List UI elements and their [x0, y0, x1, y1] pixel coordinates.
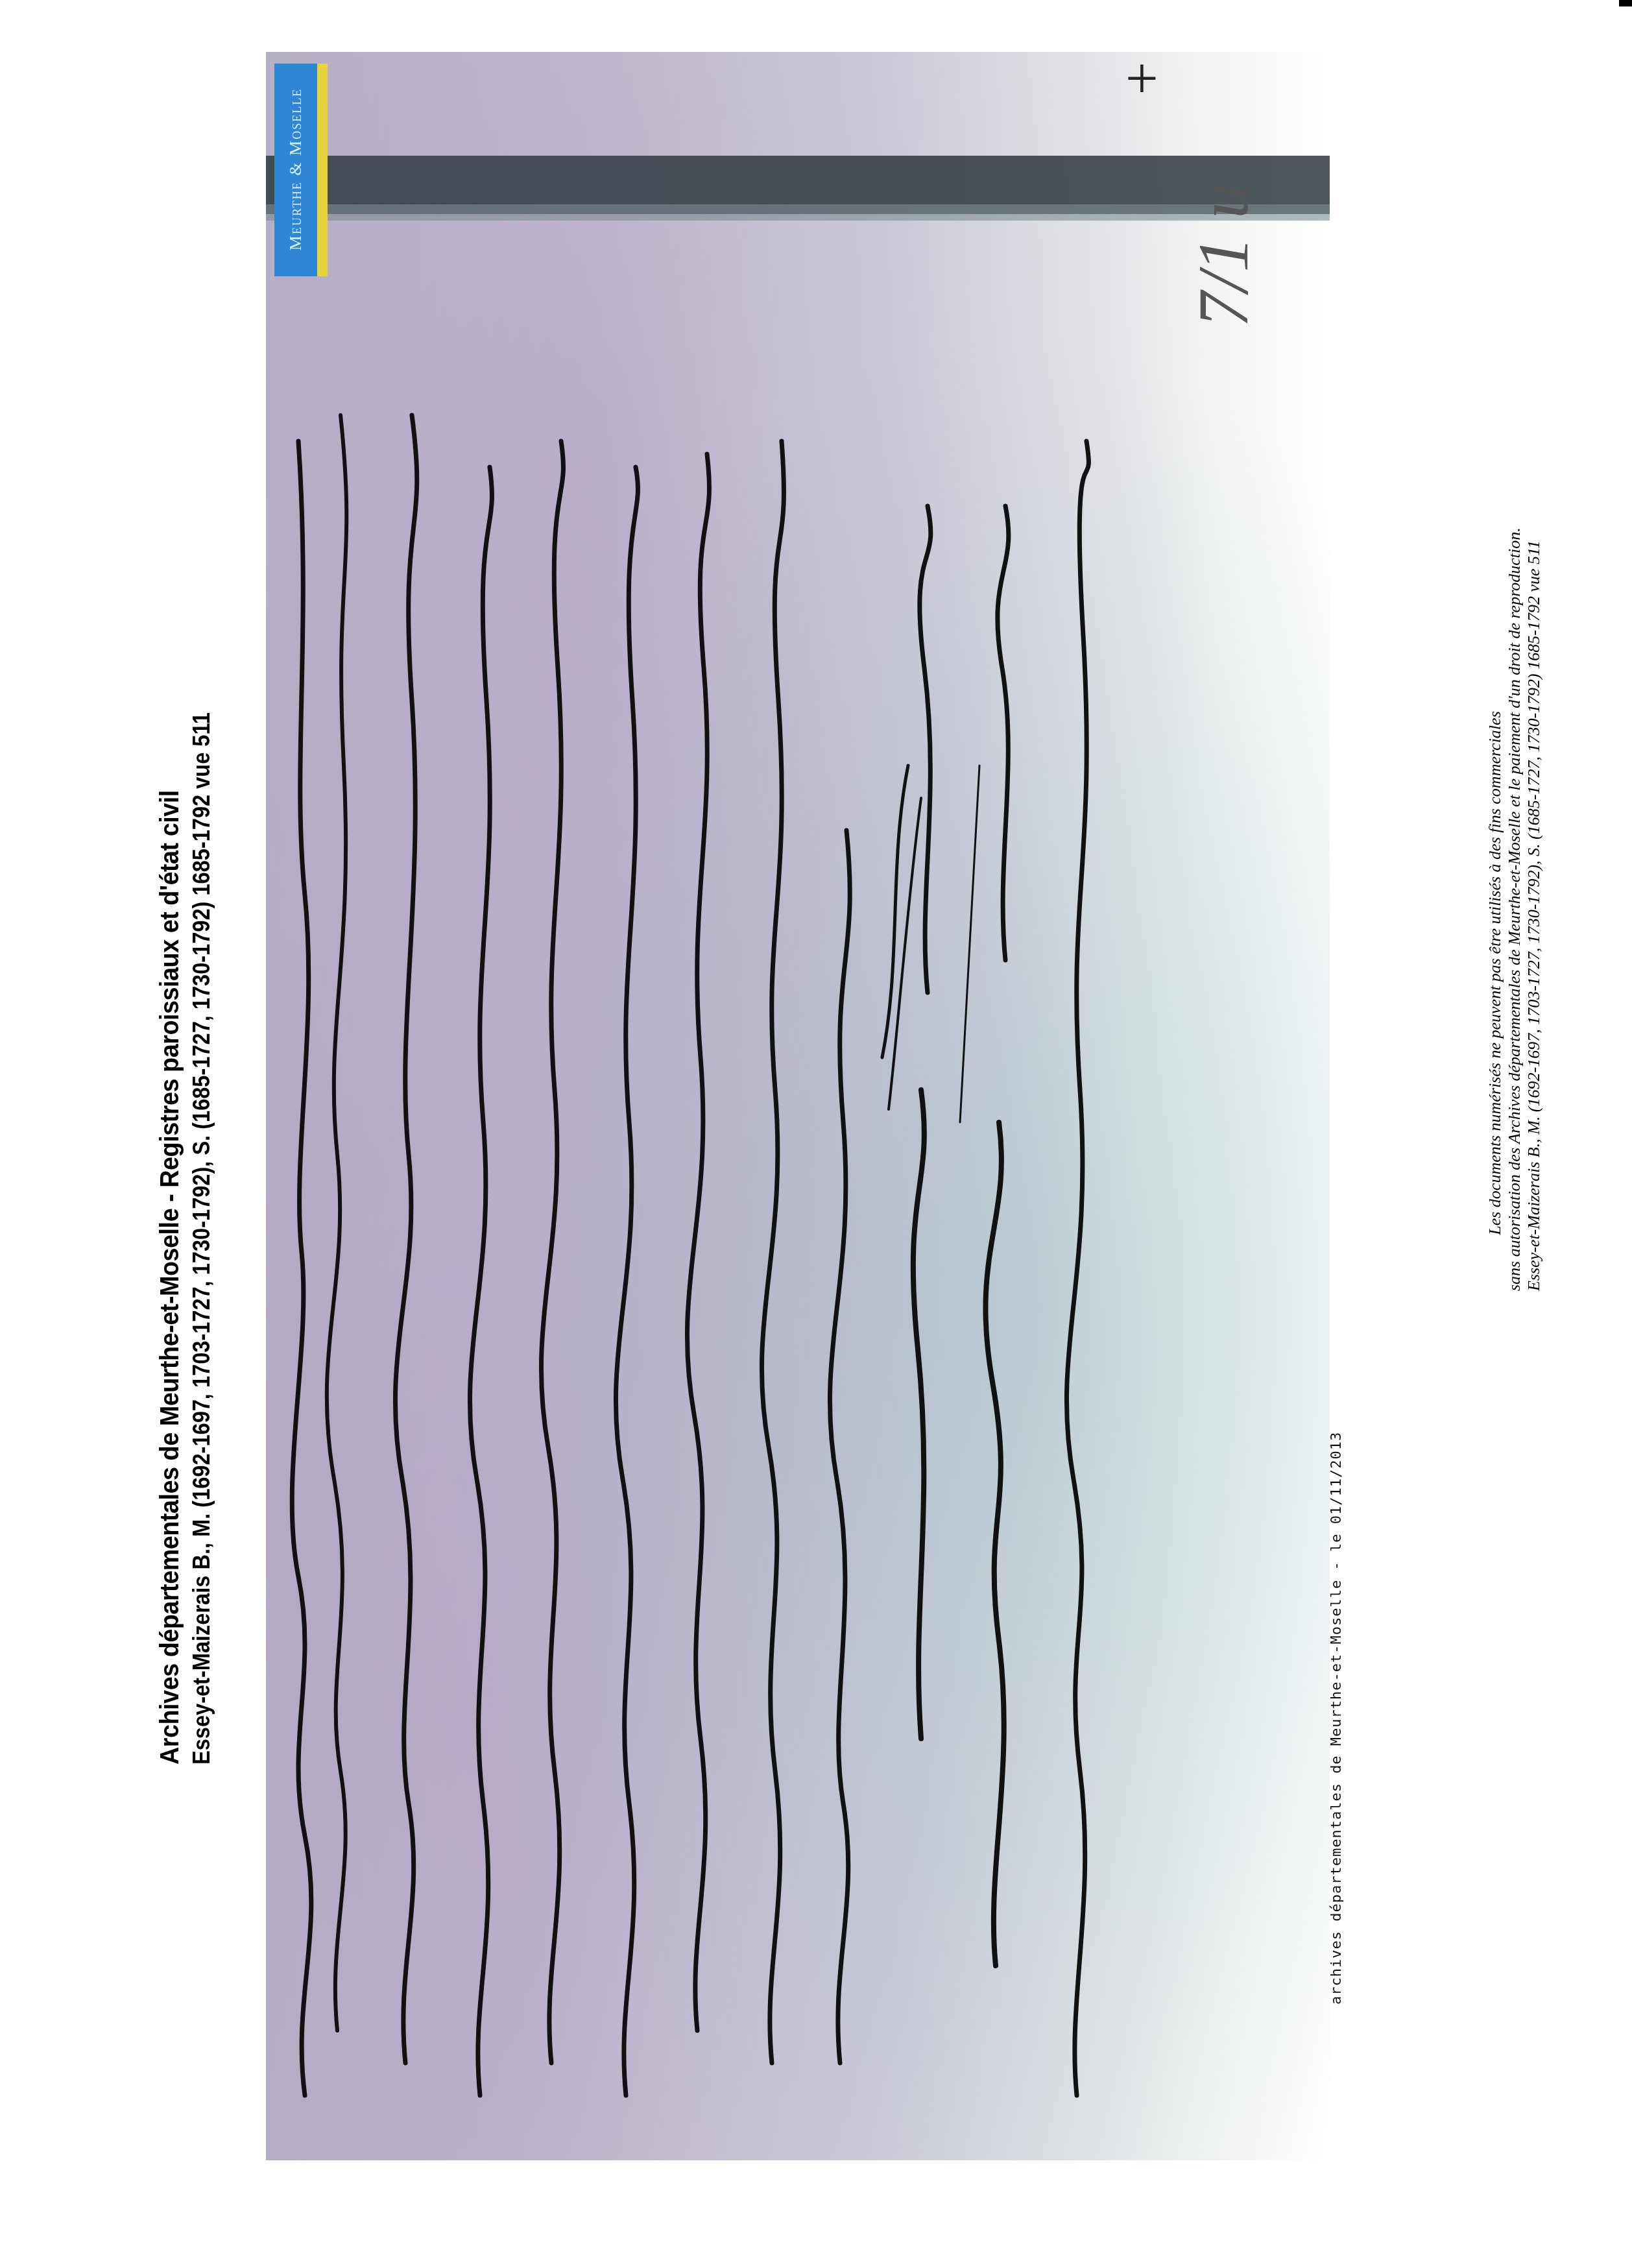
archive-title: Archives départementales de Meurthe-et-M…: [152, 272, 186, 1765]
scan-edge-mark: [1619, 0, 1632, 6]
meurthe-et-moselle-logo: Meurthe & Moselle: [274, 64, 328, 276]
handwritten-folio-annotation: 7/1 u: [1182, 183, 1265, 328]
logo-text: Meurthe & Moselle: [281, 69, 311, 270]
usage-notice: Les documents numérisés ne peuvent pas ê…: [1485, 655, 1544, 1291]
handwritten-cross-mark: +: [1125, 45, 1158, 112]
archive-watermark: archives départementales de Meurthe-et-M…: [1328, 1432, 1345, 2005]
notice-line: Les documents numérisés ne peuvent pas ê…: [1485, 655, 1505, 1291]
notice-line: Essey-et-Maizerais B., M. (1692-1697, 17…: [1524, 655, 1544, 1291]
register-reference: Essey-et-Maizerais B., M. (1692-1697, 17…: [186, 337, 217, 1765]
manuscript-scan: [266, 52, 1330, 2160]
notice-line: sans autorisation des Archives départeme…: [1505, 655, 1524, 1291]
document-header: Archives départementales de Meurthe-et-M…: [152, 143, 217, 1765]
handwriting-strokes: [266, 52, 1330, 2160]
